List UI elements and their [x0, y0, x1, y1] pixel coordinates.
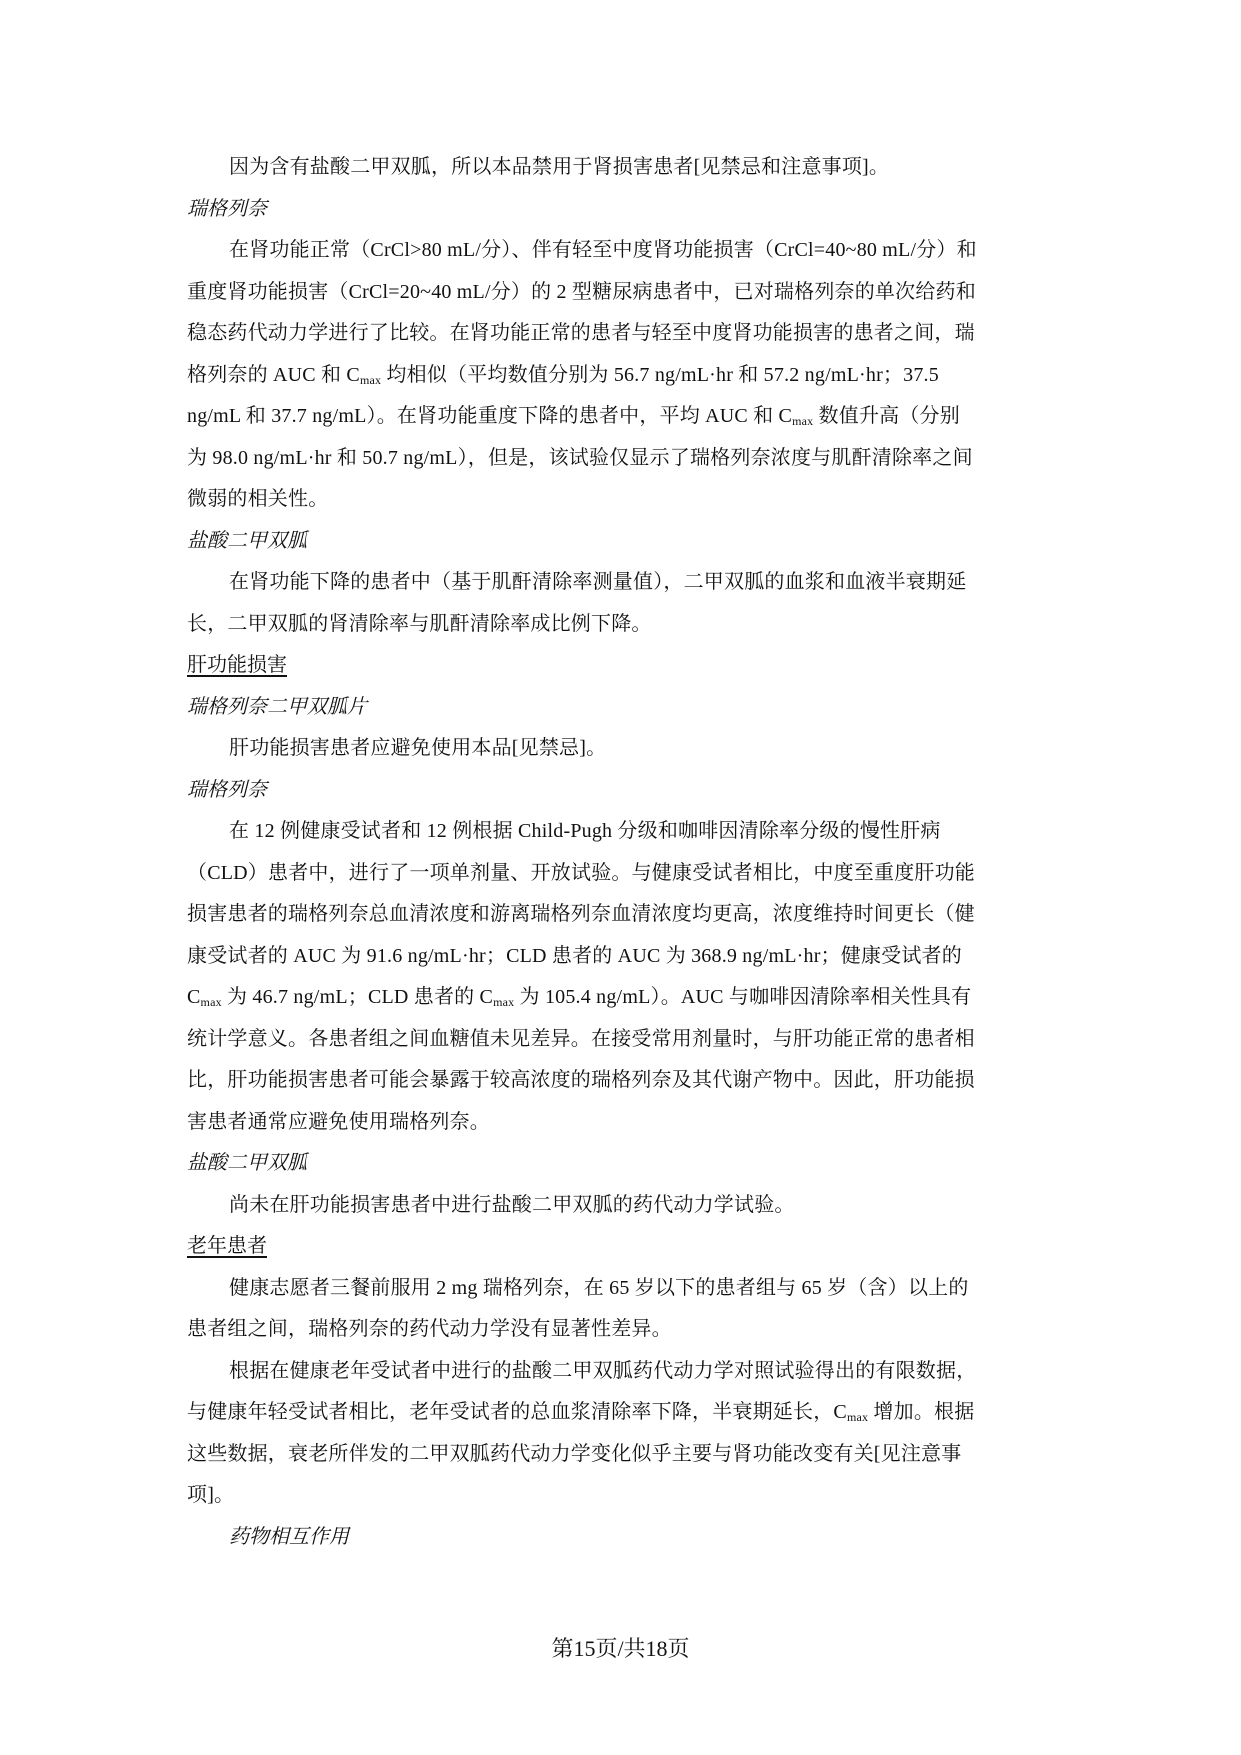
paragraph-renal-metformin: 在肾功能下降的患者中（基于肌酐清除率测量值），二甲双胍的血浆和血液半衰期延 长，…: [187, 562, 1053, 645]
text-line: 长，二甲双胍的肾清除率与肌酐清除率成比例下降。: [187, 604, 1053, 646]
paragraph-renal-repaglinide: 在肾功能正常（CrCl>80 mL/分）、伴有轻至中度肾功能损害（CrCl=40…: [187, 230, 1053, 521]
text-line: 害患者通常应避免使用瑞格列奈。: [187, 1102, 1053, 1144]
text-line: 健康志愿者三餐前服用 2 mg 瑞格列奈，在 65 岁以下的患者组与 65 岁（…: [187, 1268, 1053, 1310]
subheading-metformin: 盐酸二甲双胍: [187, 1143, 1053, 1185]
text-line: 重度肾功能损害（CrCl=20~40 mL/分）的 2 型糖尿病患者中，已对瑞格…: [187, 272, 1053, 314]
paragraph: 肝功能损害患者应避免使用本品[见禁忌]。: [187, 728, 1053, 770]
paragraph: 尚未在肝功能损害患者中进行盐酸二甲双胍的药代动力学试验。: [187, 1185, 1053, 1227]
section-heading-geriatric: 老年患者: [187, 1226, 1053, 1268]
paragraph-hepatic-repaglinide: 在 12 例健康受试者和 12 例根据 Child-Pugh 分级和咖啡因清除率…: [187, 811, 1053, 1143]
text-line: 在肾功能下降的患者中（基于肌酐清除率测量值），二甲双胍的血浆和血液半衰期延: [187, 562, 1053, 604]
text-line: （CLD）患者中，进行了一项单剂量、开放试验。与健康受试者相比，中度至重度肝功能: [187, 853, 1053, 895]
subheading-drug-interactions: 药物相互作用: [187, 1517, 1053, 1559]
subheading-metformin: 盐酸二甲双胍: [187, 521, 1053, 563]
paragraph: 因为含有盐酸二甲双胍，所以本品禁用于肾损害患者[见禁忌和注意事项]。: [187, 147, 1053, 189]
text-line: 稳态药代动力学进行了比较。在肾功能正常的患者与轻至中度肾功能损害的患者之间，瑞: [187, 313, 1053, 355]
text-line: 项]。: [187, 1475, 1053, 1517]
text-line: 格列奈的 AUC 和 Cmax 均相似（平均数值分别为 56.7 ng/mL·h…: [187, 355, 1053, 397]
paragraph-geriatric-metformin: 根据在健康老年受试者中进行的盐酸二甲双胍药代动力学对照试验得出的有限数据， 与健…: [187, 1351, 1053, 1517]
subheading-repaglinide: 瑞格列奈: [187, 770, 1053, 812]
section-heading-hepatic: 肝功能损害: [187, 645, 1053, 687]
document-page: 因为含有盐酸二甲双胍，所以本品禁用于肾损害患者[见禁忌和注意事项]。 瑞格列奈 …: [187, 147, 1053, 1558]
text-line: 统计学意义。各患者组之间血糖值未见差异。在接受常用剂量时，与肝功能正常的患者相: [187, 1019, 1053, 1061]
text-line: 损害患者的瑞格列奈总血清浓度和游离瑞格列奈血清浓度均更高，浓度维持时间更长（健: [187, 894, 1053, 936]
text-line: 康受试者的 AUC 为 91.6 ng/mL·hr；CLD 患者的 AUC 为 …: [187, 936, 1053, 978]
text-line: 比，肝功能损害患者可能会暴露于较高浓度的瑞格列奈及其代谢产物中。因此，肝功能损: [187, 1060, 1053, 1102]
text-line: Cmax 为 46.7 ng/mL；CLD 患者的 Cmax 为 105.4 n…: [187, 977, 1053, 1019]
text-line: 微弱的相关性。: [187, 479, 1053, 521]
text-line: 在 12 例健康受试者和 12 例根据 Child-Pugh 分级和咖啡因清除率…: [187, 811, 1053, 853]
text-line: 这些数据，衰老所伴发的二甲双胍药代动力学变化似乎主要与肾功能改变有关[见注意事: [187, 1434, 1053, 1476]
text-line: 为 98.0 ng/mL·hr 和 50.7 ng/mL），但是，该试验仅显示了…: [187, 438, 1053, 480]
text-line: 与健康年轻受试者相比，老年受试者的总血浆清除率下降，半衰期延长，Cmax 增加。…: [187, 1392, 1053, 1434]
subheading-repaglinide: 瑞格列奈: [187, 189, 1053, 231]
text-line: 患者组之间，瑞格列奈的药代动力学没有显著性差异。: [187, 1309, 1053, 1351]
text-line: 根据在健康老年受试者中进行的盐酸二甲双胍药代动力学对照试验得出的有限数据，: [187, 1351, 1053, 1393]
text-line: 在肾功能正常（CrCl>80 mL/分）、伴有轻至中度肾功能损害（CrCl=40…: [187, 230, 1053, 272]
page-number: 第15页/共18页: [0, 1632, 1241, 1663]
subheading-combination-tablet: 瑞格列奈二甲双胍片: [187, 687, 1053, 729]
paragraph-geriatric-repaglinide: 健康志愿者三餐前服用 2 mg 瑞格列奈，在 65 岁以下的患者组与 65 岁（…: [187, 1268, 1053, 1351]
text-line: ng/mL 和 37.7 ng/mL）。在肾功能重度下降的患者中，平均 AUC …: [187, 396, 1053, 438]
